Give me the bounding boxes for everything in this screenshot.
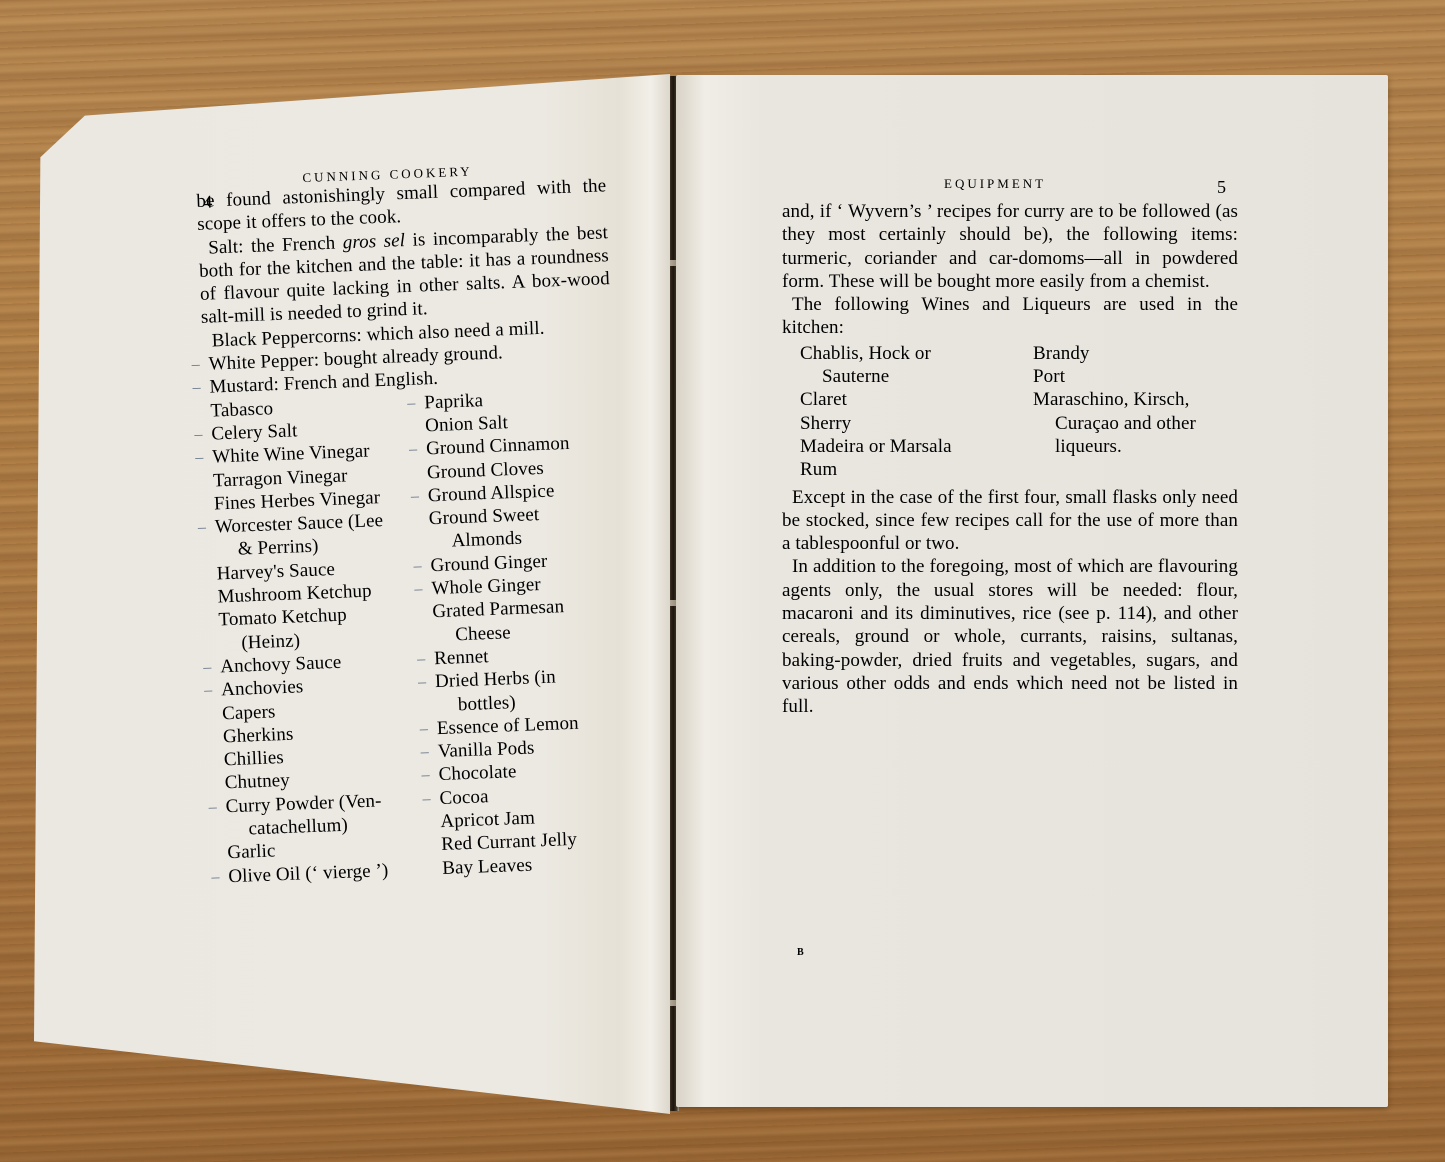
list-item-text: Apricot Jam [440,807,535,832]
list-item: –Dried Herbs (inbottles) [429,663,627,717]
list-item-text: Sherry [800,413,851,434]
list-item-text: Tabasco [210,398,273,421]
left-page-body: be found astonishingly small compared wi… [196,174,633,888]
list-item: Claret [794,388,1027,411]
right-page-header: EQUIPMENT 5 [786,172,1226,202]
pencil-mark-icon: – [417,647,426,671]
list-item-text: Capers [222,701,276,724]
paragraph: The following Wines and Liqueurs are use… [782,293,1238,340]
running-head: EQUIPMENT [944,176,1046,192]
list-item-continuation: Sauterne [800,365,1027,388]
list-item-text: Gherkins [223,723,294,747]
list-item-text: Olive Oil (‘ vierge ’) [228,860,389,887]
list-item: Chablis, Hock orSauterne [794,342,1027,389]
pencil-mark-icon: – [195,446,204,470]
list-item-text: Ground Allspice [428,480,555,506]
list-item: Ground SweetAlmonds [422,500,620,554]
list-item: Sherry [794,412,1027,435]
list-item: –Curry Powder (Ven-catachellum) [219,788,417,842]
pencil-mark-icon: – [407,391,416,415]
signature-mark: B [797,947,805,958]
paragraph: and, if ‘ Wyvern’s ’ recipes for curry a… [782,200,1238,293]
list-item-text: Celery Salt [211,420,298,444]
list-item-text: Port [1033,366,1065,387]
list-item-text: Chillies [223,747,284,770]
wine-column-right: BrandyPortMaraschino, Kirsch,Curaçao and… [1027,342,1238,482]
list-item: Tomato Ketchup(Heinz) [212,602,410,656]
list-item-text: Chablis, Hock or [800,343,931,364]
text: Salt: the French [208,232,343,258]
list-item-text: Grated Parmesan [432,597,565,623]
list-item-text: Curry Powder (Ven- [225,790,382,817]
list-item-text: Rennet [434,646,489,669]
pencil-mark-icon: – [413,554,422,578]
list-item-text: Vanilla Pods [437,738,534,763]
ingredient-column-left: Tabasco–Celery Salt–White Wine VinegarTa… [204,392,419,888]
list-item-text: Ground Ginger [430,551,548,576]
pencil-mark-icon: – [418,671,427,695]
pencil-mark-icon: – [198,516,207,540]
list-item-text: Dried Herbs (in [435,667,556,693]
list-item-text: Anchovy Sauce [220,652,342,678]
list-item-text: Garlic [227,841,276,864]
list-item: Grated ParmesanCheese [426,593,624,647]
list-item-text: Claret [800,389,847,410]
list-item: Rum [794,458,1027,481]
paragraph: In addition to the foregoing, most of wh… [782,555,1238,718]
pencil-mark-icon: – [192,376,201,400]
list-item: Maraschino, Kirsch,Curaçao and other liq… [1027,388,1238,458]
list-item-text: Onion Salt [425,412,509,436]
list-item-text: Brandy [1033,343,1090,364]
list-item-text: Ground Cloves [427,457,545,482]
pencil-mark-icon: – [208,795,217,819]
ingredient-list: Tabasco–Celery Salt–White Wine VinegarTa… [204,384,632,889]
pencil-mark-icon: – [211,865,220,889]
list-item-text: Chutney [224,770,290,793]
right-page-body: and, if ‘ Wyvern’s ’ recipes for curry a… [782,200,1238,719]
pencil-mark-icon: – [419,717,428,741]
list-item-text: Anchovies [221,676,304,700]
ingredient-column-right: –PaprikaOnion Salt–Ground CinnamonGround… [418,384,633,880]
list-item-text: Harvey's Sauce [216,559,335,585]
italic-text: gros sel [342,230,405,253]
list-item-text: Madeira or Marsala [800,436,952,457]
pencil-mark-icon: – [422,787,431,811]
paragraph-salt: Salt: the French gros sel is incomparabl… [198,221,611,330]
list-item-text: Tomato Ketchup [218,605,347,631]
pencil-mark-icon: – [420,741,429,765]
wine-list: Chablis, Hock orSauterneClaretSherryMade… [794,342,1238,482]
pencil-mark-icon: – [194,423,203,447]
list-item: –Worcester Sauce (Lee& Perrins) [209,508,407,562]
list-item-text: Rum [800,459,837,480]
pencil-mark-icon: – [414,578,423,602]
pencil-mark-icon: – [204,679,213,703]
list-item-text: Chocolate [438,762,517,786]
pencil-mark-icon: – [410,485,419,509]
pencil-mark-icon: – [409,438,418,462]
list-item-text: Ground Sweet [428,504,539,529]
list-item-continuation: Curaçao and other liqueurs. [1033,412,1238,459]
paragraph: Except in the case of the first four, sm… [782,486,1238,556]
pencil-mark-icon: – [191,353,200,377]
list-item: Port [1027,365,1238,388]
pencil-mark-icon: – [203,656,212,680]
list-item: Brandy [1027,342,1238,365]
page-number: 5 [1217,177,1226,198]
list-item-text: Paprika [424,390,484,413]
list-item: Madeira or Marsala [794,435,1027,458]
wine-column-left: Chablis, Hock orSauterneClaretSherryMade… [794,342,1027,482]
list-item-text: Whole Ginger [431,574,541,599]
list-item-text: Cocoa [439,786,489,809]
list-item-text: Maraschino, Kirsch, [1033,389,1190,410]
list-item-text: Bay Leaves [442,854,533,878]
pencil-mark-icon: – [421,764,430,788]
